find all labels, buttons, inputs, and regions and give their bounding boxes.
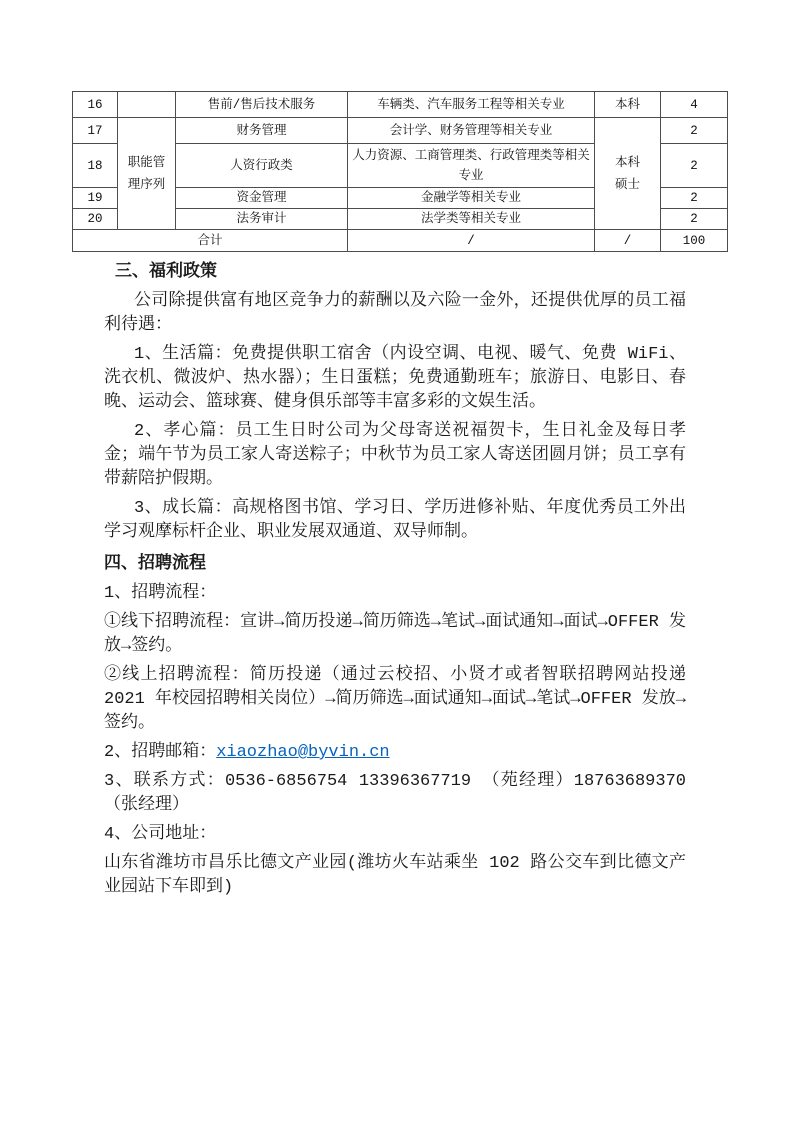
cell-major: 会计学、财务管理等相关专业 <box>348 118 595 144</box>
recruitment-email-link[interactable]: xiaozhao@byvin.cn <box>216 743 389 762</box>
contact-line: 3、联系方式：0536-6856754 13396367719 （苑经理）187… <box>104 770 686 818</box>
cell-no: 18 <box>73 144 118 188</box>
table-total-row: 合计 / / 100 <box>73 230 728 252</box>
cell-count: 2 <box>661 188 728 209</box>
cell-total-label: 合计 <box>73 230 348 252</box>
address-label: 4、公司地址： <box>104 823 686 847</box>
cell-major: 金融学等相关专业 <box>348 188 595 209</box>
cell-no: 16 <box>73 92 118 118</box>
welfare-item-filial: 2、孝心篇：员工生日时公司为父母寄送祝福贺卡，生日礼金及每日孝金；端午节为员工家… <box>104 420 686 492</box>
cell-count: 4 <box>661 92 728 118</box>
cell-no: 20 <box>73 209 118 230</box>
cell-education-merged: 本科 硕士 <box>595 118 661 230</box>
cell-position: 售前/售后技术服务 <box>176 92 348 118</box>
email-line: 2、招聘邮箱：xiaozhao@byvin.cn <box>104 741 686 765</box>
welfare-item-growth: 3、成长篇：高规格图书馆、学习日、学历进修补贴、年度优秀员工外出学习观摩标杆企业… <box>104 497 686 545</box>
flow-title: 1、招聘流程： <box>104 582 686 606</box>
cell-position: 法务审计 <box>176 209 348 230</box>
welfare-item-life: 1、生活篇：免费提供职工宿舍（内设空调、电视、暖气、免费 WiFi、洗衣机、微波… <box>104 343 686 415</box>
cell-position: 人资行政类 <box>176 144 348 188</box>
email-label: 2、招聘邮箱： <box>104 743 216 762</box>
table-row: 16 售前/售后技术服务 车辆类、汽车服务工程等相关专业 本科 4 <box>73 92 728 118</box>
cell-category <box>118 92 176 118</box>
cell-count: 2 <box>661 144 728 188</box>
offline-flow: ①线下招聘流程：宣讲→简历投递→简历筛选→笔试→面试通知→面试→OFFER 发放… <box>104 611 686 659</box>
cell-no: 19 <box>73 188 118 209</box>
cell-position: 财务管理 <box>176 118 348 144</box>
cell-position: 资金管理 <box>176 188 348 209</box>
cell-total-major: / <box>348 230 595 252</box>
section-heading-welfare: 三、福利政策 <box>115 261 727 285</box>
cell-category-merged: 职能管 理序列 <box>118 118 176 230</box>
address-line: 山东省潍坊市昌乐比德文产业园(潍坊火车站乘坐 102 路公交车到比德文产业园站下… <box>104 852 686 900</box>
cell-no: 17 <box>73 118 118 144</box>
recruitment-positions-table: 16 售前/售后技术服务 车辆类、汽车服务工程等相关专业 本科 4 17 职能管… <box>72 91 728 252</box>
table-row: 17 职能管 理序列 财务管理 会计学、财务管理等相关专业 本科 硕士 2 <box>73 118 728 144</box>
cell-major: 人力资源、工商管理类、行政管理类等相关专业 <box>348 144 595 188</box>
cell-count: 2 <box>661 118 728 144</box>
cell-major: 车辆类、汽车服务工程等相关专业 <box>348 92 595 118</box>
cell-major: 法学类等相关专业 <box>348 209 595 230</box>
document-page: 16 售前/售后技术服务 车辆类、汽车服务工程等相关专业 本科 4 17 职能管… <box>0 0 799 1130</box>
section-heading-recruitment: 四、招聘流程 <box>104 553 727 577</box>
welfare-intro: 公司除提供富有地区竞争力的薪酬以及六险一金外，还提供优厚的员工福利待遇： <box>104 290 686 338</box>
cell-education: 本科 <box>595 92 661 118</box>
cell-count: 2 <box>661 209 728 230</box>
cell-total-education: / <box>595 230 661 252</box>
online-flow: ②线上招聘流程：简历投递（通过云校招、小贤才或者智联招聘网站投递 2021 年校… <box>104 664 686 736</box>
cell-total-count: 100 <box>661 230 728 252</box>
